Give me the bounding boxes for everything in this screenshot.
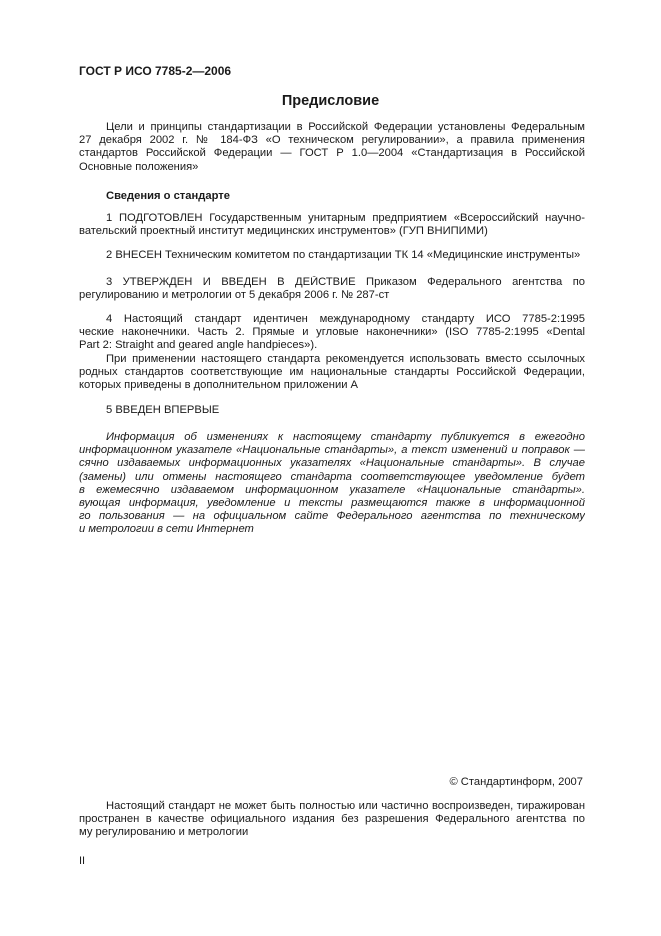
text-line: 2 ВНЕСЕН Техническим комитетом по станда… [79, 249, 585, 262]
text-line: регулированию и метрологии от 5 декабря … [79, 289, 585, 302]
page-number: II [79, 855, 85, 867]
text-line: му регулированию и метрологии [79, 826, 585, 839]
text-line: Основные положения» [79, 161, 585, 174]
text-line: ческие наконечники. Часть 2. Прямые и уг… [79, 326, 585, 339]
text-line: 3 УТВЕРЖДЕН И ВВЕДЕН В ДЕЙСТВИЕ Приказом… [79, 276, 585, 289]
text-line: родных стандартов соответствующие им нац… [79, 366, 585, 379]
text-line: При применении настоящего стандарта реко… [79, 353, 585, 366]
page-title: Предисловие [0, 93, 661, 109]
text-line: 5 ВВЕДЕН ВПЕРВЫЕ [79, 404, 585, 417]
text-line: Настоящий стандарт не может быть полност… [79, 800, 585, 813]
text-line: в ежемесячно издаваемом информационном у… [79, 484, 585, 497]
item-4: 4 Настоящий стандарт идентичен междунаро… [79, 313, 585, 353]
item-5: 5 ВВЕДЕН ВПЕРВЫЕ [79, 404, 585, 417]
text-line: которых приведены в дополнительном прило… [79, 379, 585, 392]
text-line: вующая информация, уведомление и тексты … [79, 497, 585, 510]
text-line: Part 2: Straight and geared angle handpi… [79, 339, 585, 352]
document-page: ГОСТ Р ИСО 7785-2—2006 Предисловие Цели … [0, 0, 661, 936]
text-line: Цели и принципы стандартизации в Российс… [79, 121, 585, 134]
text-line: Информация об изменениях к настоящему ст… [79, 431, 585, 444]
text-line: и метрологии в сети Интернет [79, 523, 585, 536]
intro-paragraph: Цели и принципы стандартизации в Российс… [79, 121, 585, 174]
item-3: 3 УТВЕРЖДЕН И ВВЕДЕН В ДЕЙСТВИЕ Приказом… [79, 276, 585, 302]
text-line: сячно издаваемых информационных указател… [79, 457, 585, 470]
item-4-note: При применении настоящего стандарта реко… [79, 353, 585, 393]
info-notice: Информация об изменениях к настоящему ст… [79, 431, 585, 537]
item-2: 2 ВНЕСЕН Техническим комитетом по станда… [79, 249, 585, 262]
copyright-notice: © Стандартинформ, 2007 [449, 776, 583, 788]
text-line: 4 Настоящий стандарт идентичен междунаро… [79, 313, 585, 326]
text-line: (замены) или отмены настоящего стандарта… [79, 471, 585, 484]
section-heading: Сведения о стандарте [79, 190, 585, 203]
text-line: го пользования — на официальном сайте Фе… [79, 510, 585, 523]
text-line: пространен в качестве официального издан… [79, 813, 585, 826]
text-line: стандартов Российской Федерации — ГОСТ Р… [79, 147, 585, 160]
text-line: информационном указателе «Национальные с… [79, 444, 585, 457]
text-line: 1 ПОДГОТОВЛЕН Государственным унитарным … [79, 212, 585, 225]
document-header: ГОСТ Р ИСО 7785-2—2006 [79, 64, 231, 78]
rights-notice: Настоящий стандарт не может быть полност… [79, 800, 585, 840]
section-heading-text: Сведения о стандарте [79, 190, 585, 203]
item-1: 1 ПОДГОТОВЛЕН Государственным унитарным … [79, 212, 585, 238]
text-line: 27 декабря 2002 г. № 184-ФЗ «О техническ… [79, 134, 585, 147]
text-line: вательский проектный институт медицински… [79, 225, 585, 238]
